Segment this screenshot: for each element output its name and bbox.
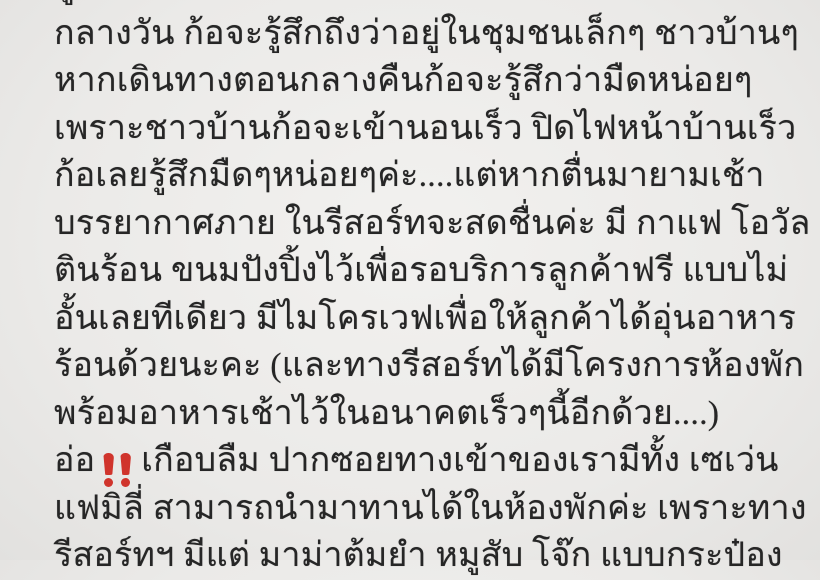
exclaim-line-before: อ่อ xyxy=(54,442,95,479)
text-line: หากเดินทางตอนกลางคืนก้อจะรู้สึกว่ามืดหน่… xyxy=(54,57,776,105)
text-line-exclaim: อ่อ เกือบลืม ปากซอยทางเข้าของเรามีทั้ง เ… xyxy=(54,437,776,485)
text-line-cropped-top: ลูกค้าหากเดินทางมาถึงรีสอร์ทของเราในตอน xyxy=(54,0,776,10)
text-line: แฟมิลี่ สามารถนำมาทานได้ในห้องพักค่ะ เพร… xyxy=(54,485,776,533)
double-exclamation-icon xyxy=(103,453,131,487)
post-text: ลูกค้าหากเดินทางมาถึงรีสอร์ทของเราในตอน … xyxy=(54,0,776,560)
text-line: เพราะชาวบ้านก้อจะเข้านอนเร็ว ปิดไฟหน้าบ้… xyxy=(54,105,776,153)
text-line: บรรยากาศภาย ในรีสอร์ทจะสดชื่นค่ะ มี กาแฟ… xyxy=(54,200,776,248)
text-line: อั้นเลยทีเดียว มีไมโครเวฟเพื่อให้ลูกค้าไ… xyxy=(54,295,776,343)
text-line: ตินร้อน ขนมปังปิ้งไว้เพื่อรอบริการลูกค้า… xyxy=(54,247,776,295)
text-line: ก้อเลยรู้สึกมืดๆหน่อยๆค่ะ....แต่หากตื่นม… xyxy=(54,152,776,200)
text-line: ร้อนด้วยนะคะ (และทางรีสอร์ทได้มีโครงการห… xyxy=(54,342,776,390)
text-line: พร้อมอาหารเช้าไว้ในอนาคตเร็วๆนี้อีกด้วย.… xyxy=(54,390,776,438)
text-line: กลางวัน ก้อจะรู้สึกถึงว่าอยู่ในชุมชนเล็ก… xyxy=(54,10,776,58)
text-line-cropped-bottom: รีสอร์ทฯ มีแต่ มาม่าต้มยำ หมูสับ โจ๊ก แบ… xyxy=(54,532,776,560)
exclaim-line-after: เกือบลืม ปากซอยทางเข้าของเรามีทั้ง เซเว่… xyxy=(141,442,778,479)
